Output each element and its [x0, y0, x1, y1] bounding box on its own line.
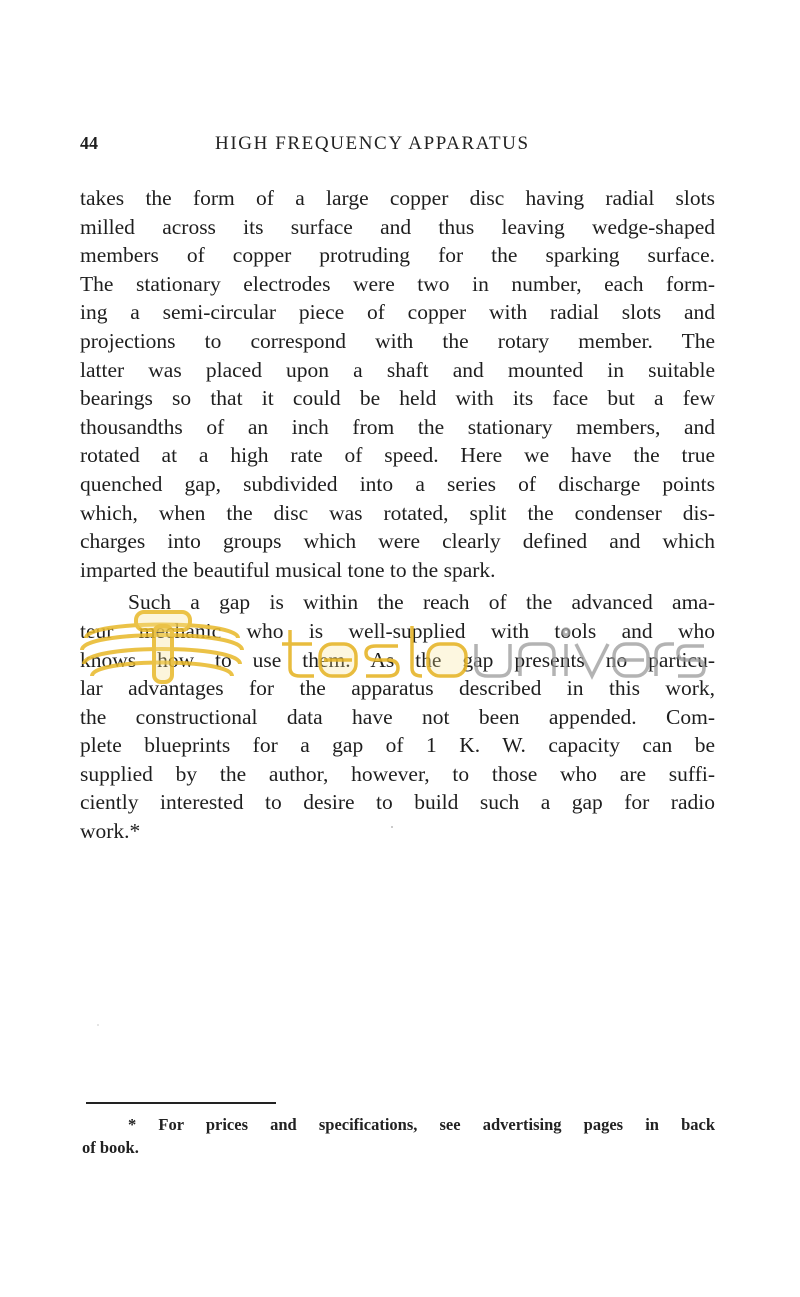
text-line: lar advantages for the apparatus describ…	[80, 674, 715, 703]
page-header: 44 HIGH FREQUENCY APPARATUS	[80, 133, 720, 157]
text-line: teur mechanic who is well-supplied with …	[80, 617, 715, 646]
body-text: takes the form of a large copper disc ha…	[80, 184, 715, 846]
text-line: charges into groups which were clearly d…	[80, 527, 715, 556]
text-line: ing a semi-circular piece of copper with…	[80, 298, 715, 327]
page-number: 44	[80, 133, 98, 154]
text-line: rotated at a high rate of speed. Here we…	[80, 441, 715, 470]
text-line: milled across its surface and thus leavi…	[80, 213, 715, 242]
text-line: the constructional data have not been ap…	[80, 703, 715, 732]
scan-speck	[391, 826, 393, 828]
text-line: ciently interested to desire to build su…	[80, 788, 715, 817]
text-line: projections to correspond with the rotar…	[80, 327, 715, 356]
scan-speck	[97, 1024, 99, 1026]
text-line: thousandths of an inch from the stationa…	[80, 413, 715, 442]
footnote: * For prices and specifications, see adv…	[82, 1113, 715, 1159]
text-line: knows how to use them. As the gap presen…	[80, 646, 715, 675]
running-head: HIGH FREQUENCY APPARATUS	[215, 133, 530, 155]
text-line: latter was placed upon a shaft and mount…	[80, 356, 715, 385]
text-line: Such a gap is within the reach of the ad…	[80, 588, 715, 617]
footnote-line: of book.	[82, 1136, 715, 1159]
text-line: members of copper protruding for the spa…	[80, 241, 715, 270]
text-line: The stationary electrodes were two in nu…	[80, 270, 715, 299]
footnote-line: * For prices and specifications, see adv…	[82, 1113, 715, 1136]
text-line: which, when the disc was rotated, split …	[80, 499, 715, 528]
text-line: takes the form of a large copper disc ha…	[80, 184, 715, 213]
text-line: plete blueprints for a gap of 1 K. W. ca…	[80, 731, 715, 760]
text-line: bearings so that it could be held with i…	[80, 384, 715, 413]
footnote-rule	[86, 1102, 276, 1104]
paragraph-1: takes the form of a large copper disc ha…	[80, 184, 715, 584]
text-line: work.*	[80, 817, 715, 846]
paragraph-2: Such a gap is within the reach of the ad…	[80, 588, 715, 845]
text-line: supplied by the author, however, to thos…	[80, 760, 715, 789]
text-line: quenched gap, subdivided into a series o…	[80, 470, 715, 499]
text-line: imparted the beautiful musical tone to t…	[80, 556, 715, 585]
